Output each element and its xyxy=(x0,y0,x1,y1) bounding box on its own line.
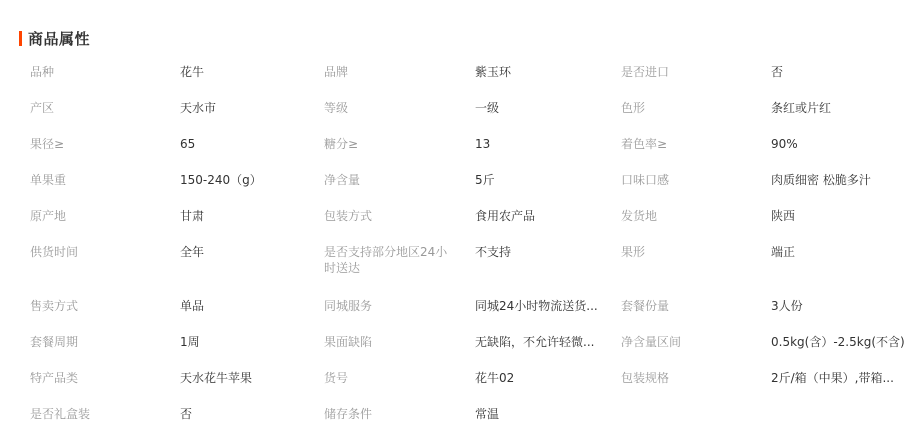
attribute-value: 90% xyxy=(771,136,798,152)
attribute-label: 发货地 xyxy=(621,208,657,224)
attribute-value: 天水市 xyxy=(180,100,216,116)
attribute-value: 条红或片红 xyxy=(771,100,831,116)
attribute-label: 货号 xyxy=(324,370,348,386)
attribute-label: 是否礼盒装 xyxy=(30,406,90,422)
attribute-label: 单果重 xyxy=(30,172,66,188)
attribute-label: 净含量 xyxy=(324,172,360,188)
attribute-label: 品种 xyxy=(30,64,54,80)
attribute-value: 花牛 xyxy=(180,64,204,80)
attribute-label: 色形 xyxy=(621,100,645,116)
attribute-value: 无缺陷，不允许轻微... xyxy=(475,334,594,350)
attribute-value: 常温 xyxy=(475,406,499,422)
attribute-label: 果面缺陷 xyxy=(324,334,372,350)
attribute-value: 全年 xyxy=(180,244,204,260)
attribute-value: 否 xyxy=(180,406,192,422)
attribute-label: 口味口感 xyxy=(621,172,669,188)
attribute-label: 产区 xyxy=(30,100,54,116)
attribute-label: 着色率≥ xyxy=(621,136,667,152)
attribute-label: 品牌 xyxy=(324,64,348,80)
section-header: 商品属性 xyxy=(19,29,90,47)
attribute-label: 套餐周期 xyxy=(30,334,78,350)
attribute-value: 天水花牛苹果 xyxy=(180,370,252,386)
attribute-value: 食用农产品 xyxy=(475,208,535,224)
attribute-value: 陕西 xyxy=(771,208,795,224)
attribute-value: 肉质细密 松脆多汁 xyxy=(771,172,871,188)
attribute-label: 套餐份量 xyxy=(621,298,669,314)
attribute-value: 0.5kg(含）-2.5kg(不含) xyxy=(771,334,905,350)
attribute-label: 果形 xyxy=(621,244,645,260)
attribute-label: 售卖方式 xyxy=(30,298,78,314)
attribute-label: 果径≥ xyxy=(30,136,64,152)
attribute-value: 13 xyxy=(475,136,490,152)
attribute-label: 包装方式 xyxy=(324,208,372,224)
attribute-value: 端正 xyxy=(771,244,795,260)
attribute-value: 同城24小时物流送货... xyxy=(475,298,598,314)
attribute-label: 同城服务 xyxy=(324,298,372,314)
attribute-value: 65 xyxy=(180,136,195,152)
attribute-label: 是否支持部分地区24小时送达 xyxy=(324,244,449,276)
attribute-value: 150-240（g） xyxy=(180,172,262,188)
attribute-value: 否 xyxy=(771,64,783,80)
attribute-value: 5斤 xyxy=(475,172,495,188)
attribute-label: 是否进口 xyxy=(621,64,669,80)
attribute-value: 一级 xyxy=(475,100,499,116)
attribute-value: 甘肃 xyxy=(180,208,204,224)
title-accent-bar xyxy=(19,31,22,46)
attribute-value: 紫玉环 xyxy=(475,64,511,80)
attribute-label: 供货时间 xyxy=(30,244,78,260)
attribute-value: 2斤/箱（中果）,带箱... xyxy=(771,370,894,386)
attribute-value: 1周 xyxy=(180,334,200,350)
attribute-label: 储存条件 xyxy=(324,406,372,422)
attribute-value: 单品 xyxy=(180,298,204,314)
attribute-value: 3人份 xyxy=(771,298,803,314)
attribute-label: 等级 xyxy=(324,100,348,116)
attribute-label: 净含量区间 xyxy=(621,334,681,350)
section-title: 商品属性 xyxy=(28,28,90,49)
attribute-label: 特产品类 xyxy=(30,370,78,386)
attribute-label: 原产地 xyxy=(30,208,66,224)
attribute-label: 包装规格 xyxy=(621,370,669,386)
attribute-value: 不支持 xyxy=(475,244,511,260)
attribute-value: 花牛02 xyxy=(475,370,514,386)
attribute-label: 糖分≥ xyxy=(324,136,358,152)
